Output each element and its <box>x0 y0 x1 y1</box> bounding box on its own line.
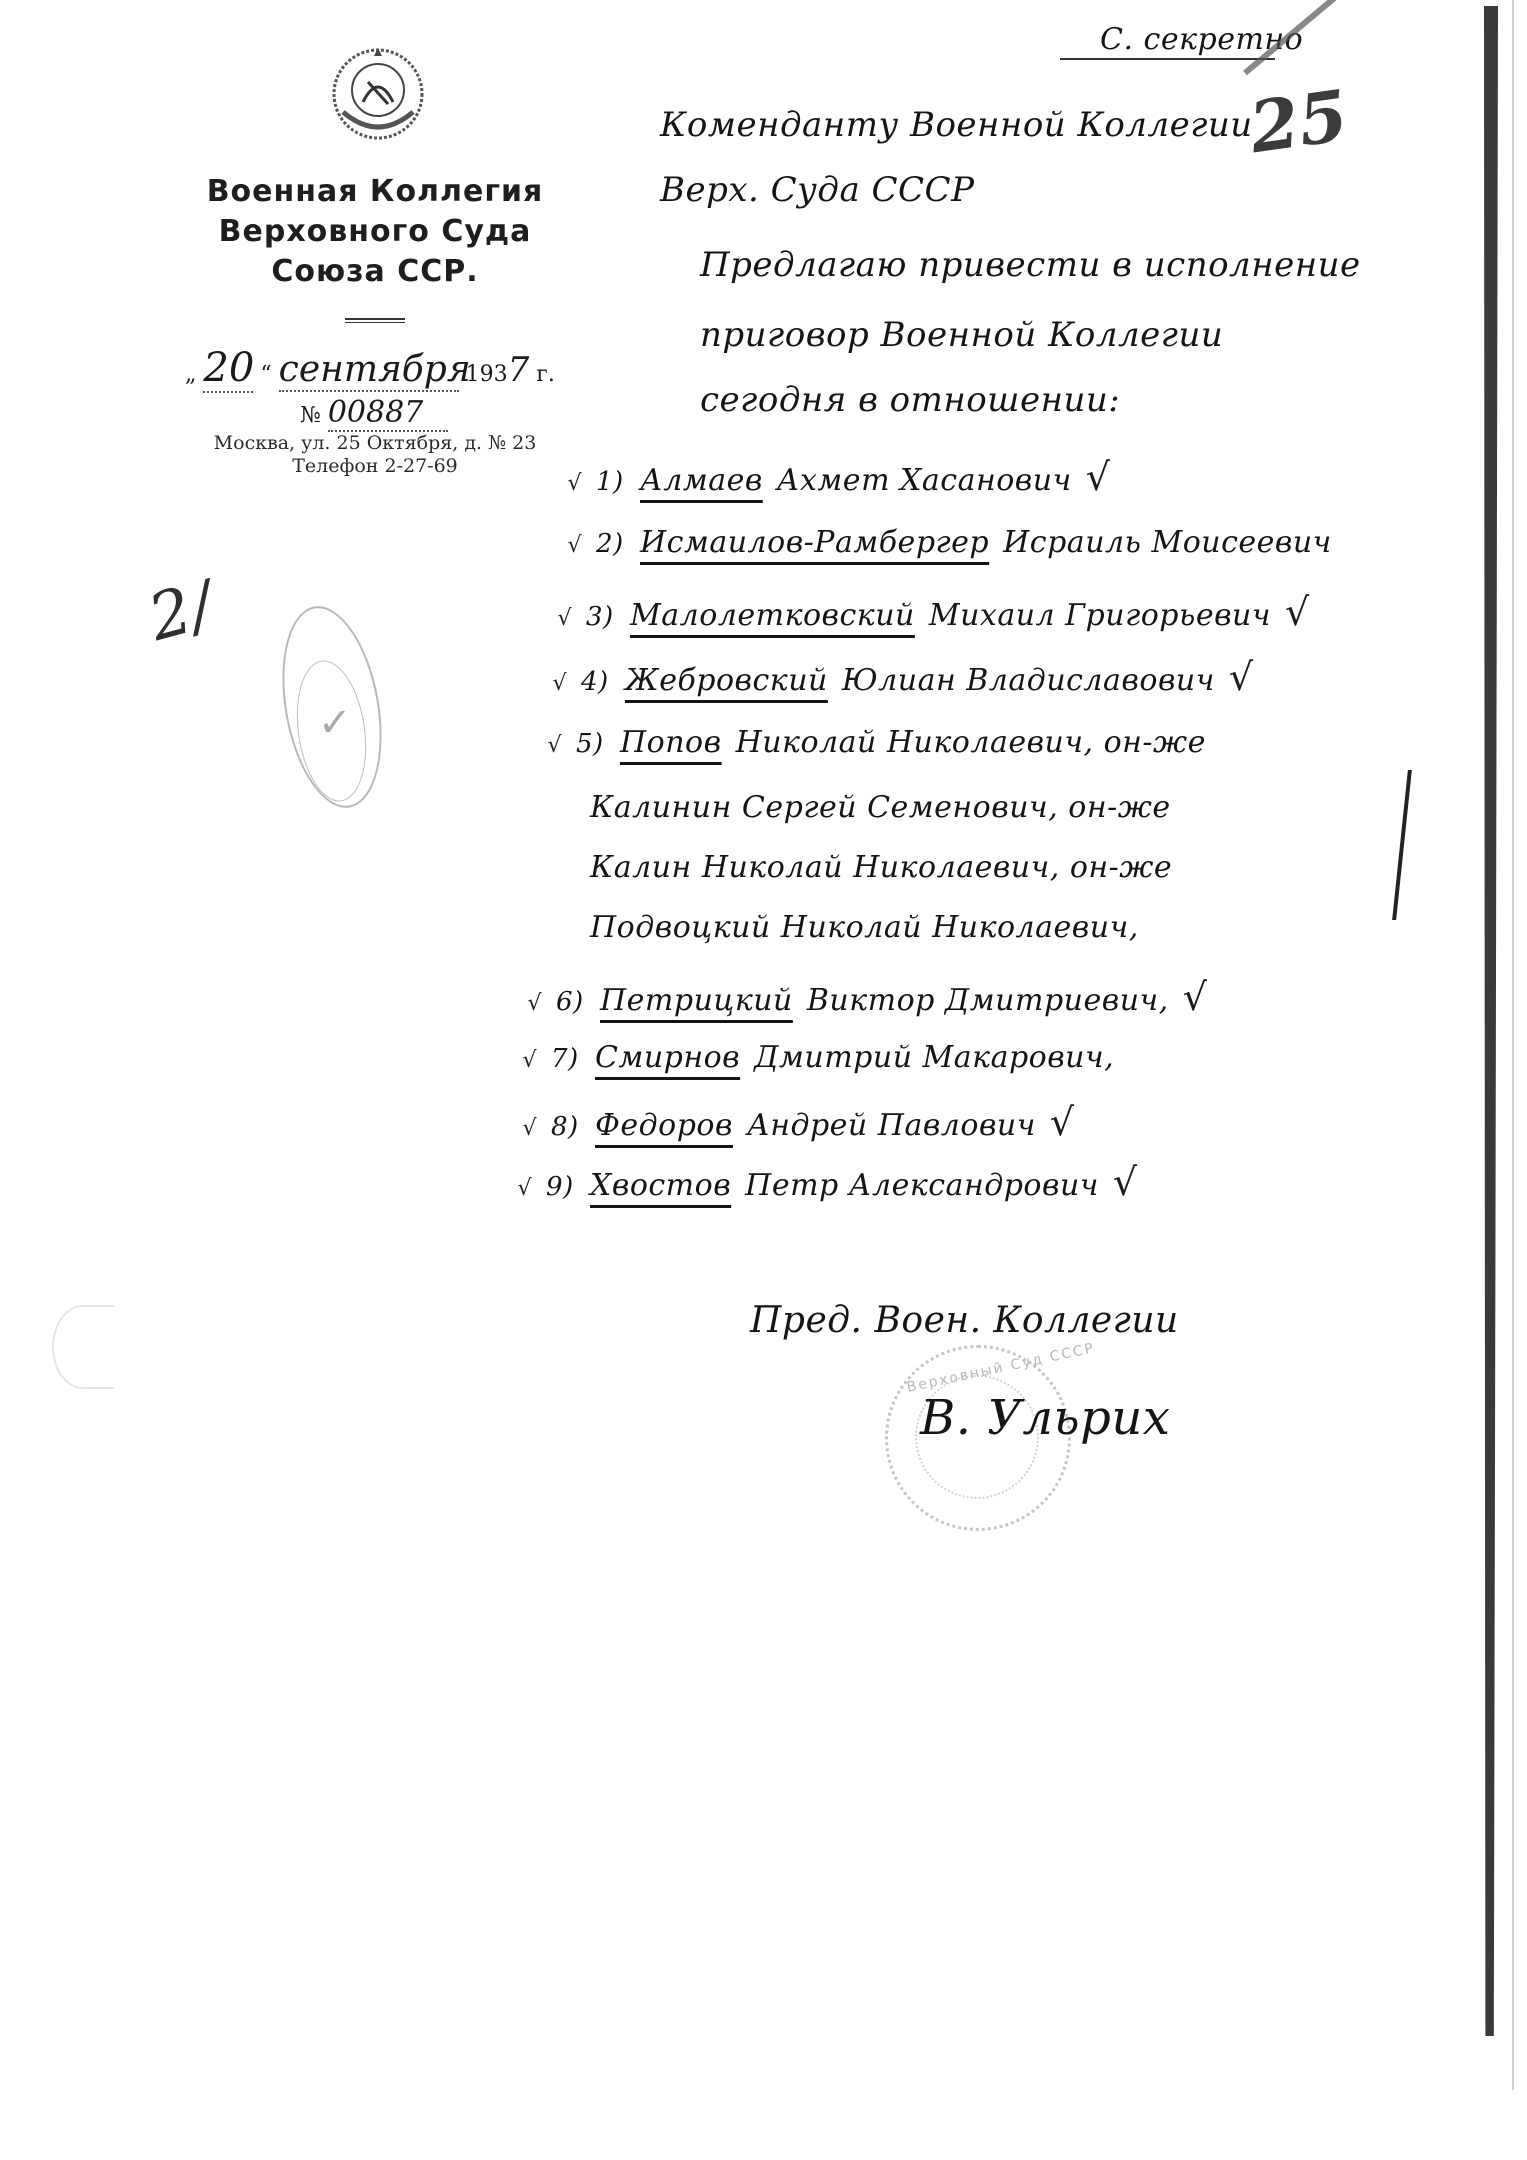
entry-index: 7) <box>551 1044 581 1074</box>
entry-surname: Федоров <box>595 1108 733 1143</box>
entry-index: 8) <box>551 1112 581 1142</box>
entry-surname: Исмаилов-Рамбергер <box>640 525 989 560</box>
entry-surname: Смирнов <box>595 1040 740 1075</box>
entry-index: 1) <box>596 467 626 497</box>
convict-entry: √5)ПоповНиколай Николаевич, он-же <box>540 725 1206 760</box>
document-number: № 00887 <box>300 395 448 432</box>
addressee-line-2: Верх. Суда СССР <box>660 170 974 210</box>
date-month: сентября <box>279 349 459 392</box>
check-mark-icon: √ <box>510 1176 532 1201</box>
convict-entry: √7)СмирновДмитрий Макарович, <box>515 1040 1114 1075</box>
convict-entry: √2)Исмаилов-РамбергерИсраиль Моисеевич <box>560 525 1332 560</box>
entry-surname: Алмаев <box>640 463 763 498</box>
signoff-title: Пред. Воен. Коллегии <box>750 1300 1179 1341</box>
date-line: „ 20 “ сентября 1937 г. <box>185 345 585 385</box>
number-value: 00887 <box>328 395 448 432</box>
entry-name: Калинин Сергей Семенович, он-же <box>590 790 1171 825</box>
check-mark-icon: √ <box>550 606 572 631</box>
entry-surname: Хвостов <box>590 1168 731 1203</box>
phone: Телефон 2-27-69 <box>150 455 600 477</box>
convict-entry: Калин Николай Николаевич, он-же <box>590 850 1172 885</box>
convict-entry: Подвоцкий Николай Николаевич, <box>590 910 1139 945</box>
entry-index: 2) <box>596 529 626 559</box>
entry-name: Виктор Дмитриевич, <box>807 983 1169 1018</box>
check-mark-icon: √ <box>515 1048 537 1073</box>
number-label: № <box>300 403 321 428</box>
addressee-line-1: Коменданту Военной Коллегии <box>660 105 1253 145</box>
check-mark-icon: √ <box>1086 455 1111 499</box>
entry-name: Дмитрий Макарович, <box>754 1040 1114 1075</box>
hole-punch-mark <box>52 1305 114 1389</box>
entry-name: Андрей Павлович <box>747 1108 1036 1143</box>
entry-name: Михаил Григорьевич <box>929 598 1271 633</box>
folio-number: 25 <box>1245 74 1353 170</box>
convict-entry: Калинин Сергей Семенович, он-же <box>590 790 1171 825</box>
convict-entry: √4)ЖебровскийЮлиан Владиславович√ <box>545 655 1254 699</box>
letterhead-rule <box>345 322 405 323</box>
signature: В. Ульрих <box>920 1390 1170 1446</box>
convict-entry: √9)ХвостовПетр Александрович√ <box>510 1160 1138 1204</box>
convict-entry: √6)ПетрицкийВиктор Дмитриевич,√ <box>520 975 1207 1019</box>
check-mark-icon: √ <box>1050 1100 1075 1144</box>
check-mark-icon: √ <box>520 991 542 1016</box>
check-mark-icon: √ <box>540 733 562 758</box>
date-close-quote: “ <box>260 362 271 387</box>
check-mark-icon: √ <box>1229 655 1254 699</box>
entry-name: Исраиль Моисеевич <box>1003 525 1332 560</box>
letterhead-rule <box>345 318 405 320</box>
entry-index: 4) <box>581 667 611 697</box>
intro-line-2: приговор Военной Коллегии <box>700 315 1223 355</box>
letterhead-line-3: Союза ССР. <box>150 252 600 292</box>
date-open-quote: „ <box>185 362 196 387</box>
entry-name: Ахмет Хасанович <box>777 463 1072 498</box>
entry-name: Калин Николай Николаевич, он-же <box>590 850 1172 885</box>
date-year-prefix: 193 <box>466 362 508 387</box>
entry-index: 9) <box>546 1172 576 1202</box>
entry-name: Николай Николаевич, он-же <box>736 725 1206 760</box>
pencil-check-icon: ✓ <box>318 700 352 746</box>
page-edge-line <box>1512 0 1514 2090</box>
convict-entry: √8)ФедоровАндрей Павлович√ <box>515 1100 1075 1144</box>
intro-line-1: Предлагаю привести в исполнение <box>700 245 1361 285</box>
address: Москва, ул. 25 Октября, д. № 23 <box>150 432 600 454</box>
margin-ink-mark: 2/ <box>142 568 222 656</box>
convict-entry: √3)МалолетковскийМихаил Григорьевич√ <box>550 590 1310 634</box>
entry-index: 3) <box>586 602 616 632</box>
letterhead-line-2: Верховного Суда <box>150 212 600 252</box>
entry-surname: Жебровский <box>625 663 828 698</box>
entry-surname: Малолетковский <box>630 598 915 633</box>
date-year-suffix: 7 <box>508 350 530 390</box>
date-year-unit: г. <box>536 362 555 387</box>
entry-name: Петр Александрович <box>745 1168 1099 1203</box>
check-mark-icon: √ <box>515 1116 537 1141</box>
entry-surname: Попов <box>620 725 722 760</box>
check-mark-icon: √ <box>1113 1160 1138 1204</box>
secret-note-underline <box>1060 58 1275 60</box>
ussr-coat-of-arms-icon <box>323 42 433 152</box>
convict-entry: √1)АлмаевАхмет Хасанович√ <box>560 455 1110 499</box>
entry-index: 6) <box>556 987 586 1017</box>
check-mark-icon: √ <box>545 671 567 696</box>
check-mark-icon: √ <box>560 471 582 496</box>
check-mark-icon: √ <box>560 533 582 558</box>
entry-index: 5) <box>576 729 606 759</box>
entry-surname: Петрицкий <box>600 983 793 1018</box>
page-edge-shadow <box>1484 6 1498 2036</box>
entry-name: Юлиан Владиславович <box>842 663 1215 698</box>
check-mark-icon: √ <box>1285 590 1310 634</box>
check-mark-icon: √ <box>1183 975 1208 1019</box>
group-check-bracket <box>1362 770 1412 920</box>
entry-name: Подвоцкий Николай Николаевич, <box>590 910 1139 945</box>
intro-line-3: сегодня в отношении: <box>700 380 1120 420</box>
letterhead-line-1: Военная Коллегия <box>150 172 600 212</box>
date-day: 20 <box>203 345 253 393</box>
